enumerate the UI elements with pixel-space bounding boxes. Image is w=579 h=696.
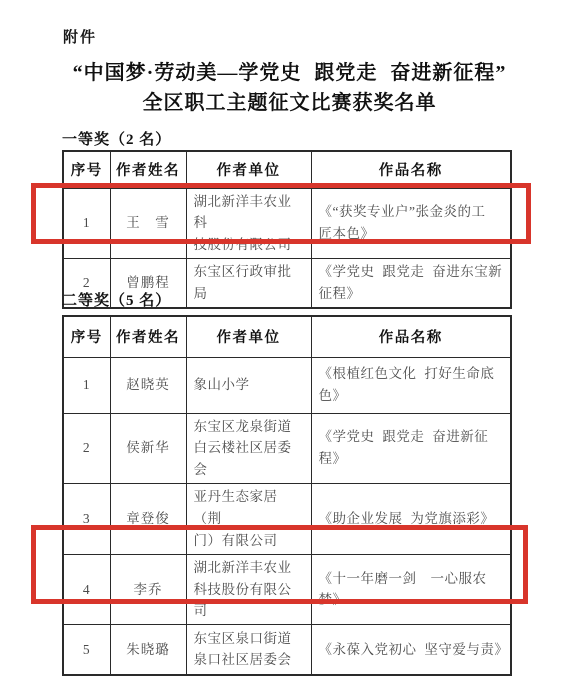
cell-author-unit: 湖北新洋丰农业 科技股份有限公 司	[186, 554, 311, 625]
cell-author-unit: 象山小学	[186, 357, 311, 413]
document-title-line1: “中国梦·劳动美—学党史 跟党走 奋进新征程”	[0, 56, 579, 85]
table-row: 2 侯新华 东宝区龙泉街道 白云楼社区居委 会 《学党史 跟党走 奋进新征程》	[63, 413, 511, 484]
cell-work-title: 《学党史 跟党走 奋进东宝新 征程》	[311, 259, 511, 308]
table-row: 1 王 雪 湖北新洋丰农业科 技股份有限公司 《“获奖专业户”张金炎的工 匠本色…	[63, 188, 511, 259]
attachment-label: 附件	[63, 26, 97, 47]
cell-no: 2	[63, 413, 110, 484]
cell-author-name: 侯新华	[110, 413, 186, 484]
cell-work-title: 《十一年磨一剑 一心服农梦》	[311, 554, 511, 625]
cell-no: 3	[63, 484, 110, 555]
section-label-second-prize: 二等奖（5 名）	[62, 289, 171, 310]
cell-no: 1	[63, 188, 110, 259]
cell-no: 1	[63, 357, 110, 413]
cell-author-unit: 湖北新洋丰农业科 技股份有限公司	[186, 188, 311, 259]
cell-no: 4	[63, 554, 110, 625]
cell-author-name: 章登俊	[110, 484, 186, 555]
cell-author-unit: 东宝区龙泉街道 白云楼社区居委 会	[186, 413, 311, 484]
document-page: 附件 “中国梦·劳动美—学党史 跟党走 奋进新征程” 全区职工主题征文比赛获奖名…	[0, 0, 579, 696]
table-row: 3 章登俊 亚丹生态家居（荆 门）有限公司 《助企业发展 为党旗添彩》	[63, 484, 511, 555]
section-label-first-prize: 一等奖（2 名）	[62, 128, 171, 149]
cell-no: 5	[63, 625, 110, 675]
cell-work-title: 《学党史 跟党走 奋进新征程》	[311, 413, 511, 484]
col-header-work: 作品名称	[311, 316, 511, 357]
col-header-unit: 作者单位	[186, 316, 311, 357]
cell-author-name: 李乔	[110, 554, 186, 625]
table-row: 1 赵晓英 象山小学 《根植红色文化 打好生命底 色》	[63, 357, 511, 413]
cell-author-unit: 东宝区泉口街道 泉口社区居委会	[186, 625, 311, 675]
cell-work-title: 《根植红色文化 打好生命底 色》	[311, 357, 511, 413]
cell-work-title: 《“获奖专业户”张金炎的工 匠本色》	[311, 188, 511, 259]
col-header-unit: 作者单位	[186, 151, 311, 188]
table-header-row: 序号 作者姓名 作者单位 作品名称	[63, 316, 511, 357]
table-row: 4 李乔 湖北新洋丰农业 科技股份有限公 司 《十一年磨一剑 一心服农梦》	[63, 554, 511, 625]
col-header-author: 作者姓名	[110, 316, 186, 357]
col-header-no: 序号	[63, 151, 110, 188]
col-header-author: 作者姓名	[110, 151, 186, 188]
cell-work-title: 《助企业发展 为党旗添彩》	[311, 484, 511, 555]
second-prize-table: 序号 作者姓名 作者单位 作品名称 1 赵晓英 象山小学 《根植红色文化 打好生…	[62, 315, 512, 676]
cell-author-name: 朱晓璐	[110, 625, 186, 675]
cell-author-name: 王 雪	[110, 188, 186, 259]
document-title-line2: 全区职工主题征文比赛获奖名单	[0, 86, 579, 115]
col-header-no: 序号	[63, 316, 110, 357]
cell-author-name: 赵晓英	[110, 357, 186, 413]
col-header-work: 作品名称	[311, 151, 511, 188]
cell-author-unit: 东宝区行政审批局	[186, 259, 311, 308]
table-header-row: 序号 作者姓名 作者单位 作品名称	[63, 151, 511, 188]
cell-author-unit: 亚丹生态家居（荆 门）有限公司	[186, 484, 311, 555]
table-row: 5 朱晓璐 东宝区泉口街道 泉口社区居委会 《永葆入党初心 坚守爱与责》	[63, 625, 511, 675]
cell-work-title: 《永葆入党初心 坚守爱与责》	[311, 625, 511, 675]
first-prize-table: 序号 作者姓名 作者单位 作品名称 1 王 雪 湖北新洋丰农业科 技股份有限公司…	[62, 150, 512, 309]
